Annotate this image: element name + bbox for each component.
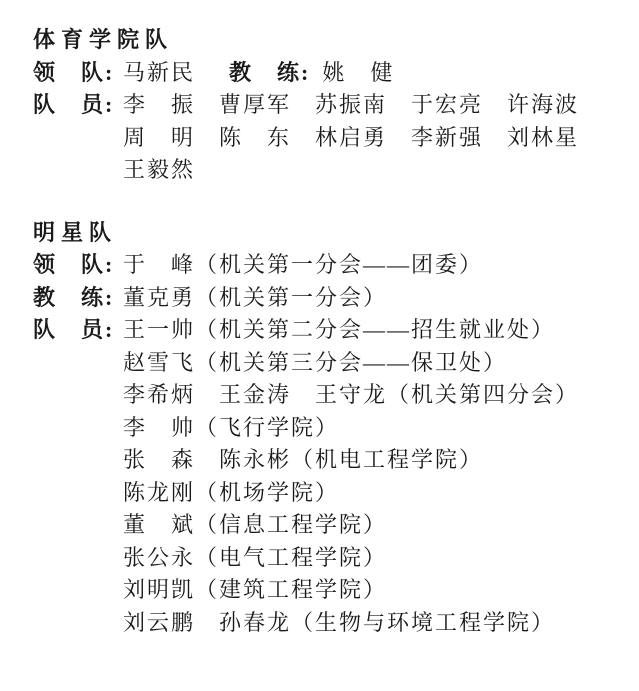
names-text: 王一帅（机关第二分会——招生就业处） [123,317,555,342]
roster-row: 赵雪飞（机关第三分会——保卫处） [33,347,621,380]
role-label: 教 练: [33,282,123,315]
names-text: 刘云鹏 孙春龙（生物与环境工程学院） [123,610,555,635]
row-text: 张 森 陈永彬（机电工程学院） [123,444,483,477]
role-label: 教 练: [229,60,310,85]
team-sections: 体育学院队领 队:马新民教 练:姚 健队 员:李 振 曹厚军 苏振南 于宏亮 许… [33,24,621,639]
roster-row: 陈龙刚（机场学院） [33,477,621,510]
names-text: 于 峰（机关第一分会——团委） [123,252,483,277]
roster-row: 领 队:马新民教 练:姚 健 [33,57,621,90]
names-text: 董克勇（机关第一分会） [123,285,387,310]
row-text: 赵雪飞（机关第三分会——保卫处） [123,347,507,380]
roster-row: 李 帅（飞行学院） [33,412,621,445]
roster-row: 队 员:李 振 曹厚军 苏振南 于宏亮 许海波 [33,89,621,122]
team-section: 明星队领 队:于 峰（机关第一分会——团委）教 练:董克勇（机关第一分会）队 员… [33,217,621,640]
names-text: 周 明 陈 东 林启勇 李新强 刘林星 [123,125,579,150]
row-text: 张公永（电气工程学院） [123,542,387,575]
names-text: 刘明凯（建筑工程学院） [123,577,387,602]
role-label: 领 队: [33,249,123,282]
row-text: 刘明凯（建筑工程学院） [123,574,387,607]
role-label: 队 员: [33,89,123,122]
names-text: 李 帅（飞行学院） [123,415,339,440]
role-label: 队 员: [33,314,123,347]
role-label: 领 队: [33,57,123,90]
row-text: 马新民教 练:姚 健 [123,57,394,90]
names-text: 董 斌（信息工程学院） [123,512,387,537]
team-title: 明星队 [33,217,621,250]
team-title: 体育学院队 [33,24,621,57]
names-text: 李希炳 王金涛 王守龙（机关第四分会） [123,382,579,407]
roster-row: 董 斌（信息工程学院） [33,509,621,542]
row-text: 周 明 陈 东 林启勇 李新强 刘林星 [123,122,579,155]
names-text: 马新民 [123,60,195,85]
names-text: 张 森 陈永彬（机电工程学院） [123,447,483,472]
names-text: 陈龙刚（机场学院） [123,480,339,505]
names-text: 王毅然 [123,157,195,182]
roster-row: 教 练:董克勇（机关第一分会） [33,282,621,315]
roster-row: 刘云鹏 孙春龙（生物与环境工程学院） [33,607,621,640]
row-text: 于 峰（机关第一分会——团委） [123,249,483,282]
row-text: 李 帅（飞行学院） [123,412,339,445]
roster-row: 王毅然 [33,154,621,187]
row-text: 陈龙刚（机场学院） [123,477,339,510]
row-text: 王一帅（机关第二分会——招生就业处） [123,314,555,347]
row-text: 刘云鹏 孙春龙（生物与环境工程学院） [123,607,555,640]
team-section: 体育学院队领 队:马新民教 练:姚 健队 员:李 振 曹厚军 苏振南 于宏亮 许… [33,24,621,187]
row-text: 李 振 曹厚军 苏振南 于宏亮 许海波 [123,89,579,122]
names-text: 张公永（电气工程学院） [123,545,387,570]
document: 体育学院队领 队:马新民教 练:姚 健队 员:李 振 曹厚军 苏振南 于宏亮 许… [0,0,639,691]
roster-row: 周 明 陈 东 林启勇 李新强 刘林星 [33,122,621,155]
roster-row: 队 员:王一帅（机关第二分会——招生就业处） [33,314,621,347]
names-text: 赵雪飞（机关第三分会——保卫处） [123,350,507,375]
names-text: 李 振 曹厚军 苏振南 于宏亮 许海波 [123,92,579,117]
roster-row: 刘明凯（建筑工程学院） [33,574,621,607]
roster-row: 李希炳 王金涛 王守龙（机关第四分会） [33,379,621,412]
roster-row: 张 森 陈永彬（机电工程学院） [33,444,621,477]
row-text: 王毅然 [123,154,195,187]
row-text: 董 斌（信息工程学院） [123,509,387,542]
names-text: 姚 健 [322,60,394,85]
row-text: 董克勇（机关第一分会） [123,282,387,315]
roster-row: 张公永（电气工程学院） [33,542,621,575]
roster-row: 领 队:于 峰（机关第一分会——团委） [33,249,621,282]
row-text: 李希炳 王金涛 王守龙（机关第四分会） [123,379,579,412]
